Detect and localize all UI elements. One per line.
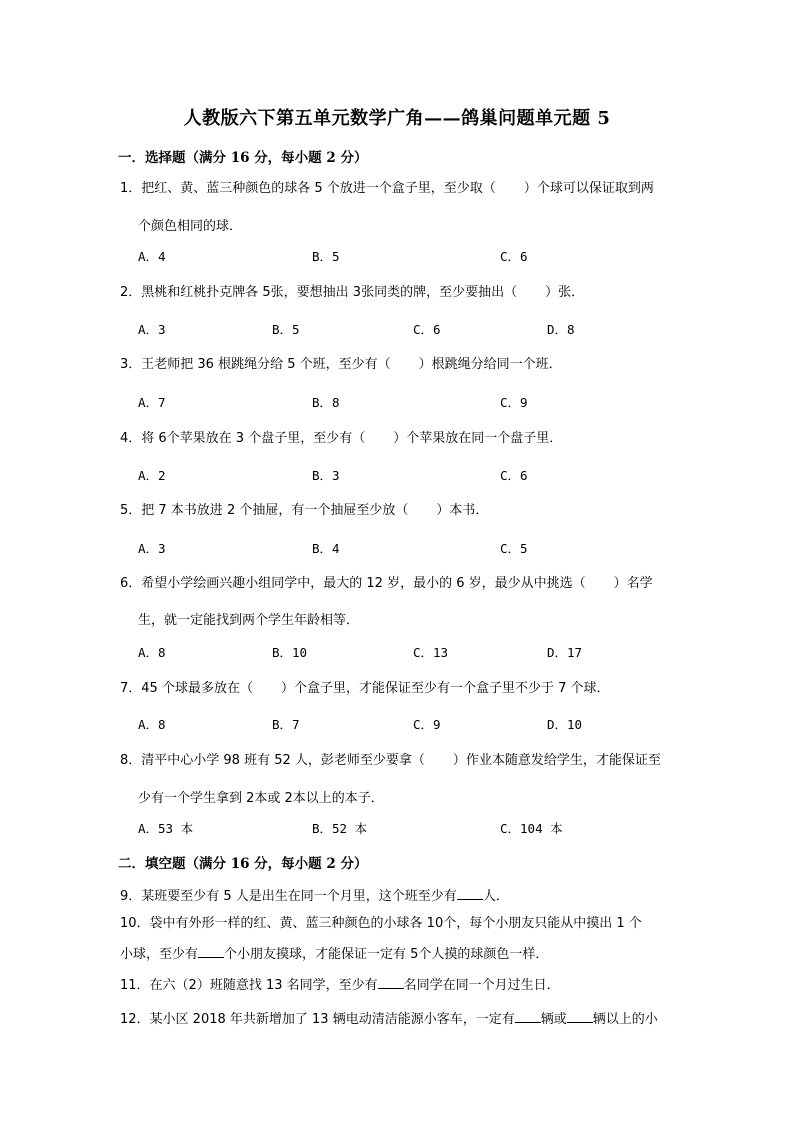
option: B．52 本 [312,820,367,838]
question-text: ）个盒子里，才能保证至少有一个盒子里不少于 7 个球． [281,681,610,696]
question-text: 3．王老师把 36 根跳绳分给 5 个班，至少有（ [120,357,391,372]
question-6-cont: 生，就一定能找到两个学生年龄相等． [138,612,359,630]
option: D．17 [547,644,582,662]
page-title: 人教版六下第五单元数学广角——鸽巢问题单元题 5 [0,104,794,130]
question-text: ）本书． [436,503,488,518]
question-text: 2．黑桃和红桃扑克牌各 5张，要想抽出 3张同类的牌，至少要抽出（ [120,285,517,300]
option: C．9 [413,716,441,734]
answer-blank[interactable] [515,1009,541,1023]
question-text: ）个球可以保证取到两 [524,181,654,196]
option: B．7 [272,716,300,734]
question-text: 6．希望小学绘画兴趣小组同学中，最大的 12 岁，最小的 6 岁，最少从中挑选（ [120,576,586,591]
question-3: 3．王老师把 36 根跳绳分给 5 个班，至少有（）根跳绳分给同一个班． [120,356,562,374]
question-text: 个小朋友摸球，才能保证一定有 5个人摸的球颜色一样． [224,947,548,962]
question-text: 4．将 6个苹果放在 3 个盘子里，至少有（ [120,431,365,446]
question-6: 6．希望小学绘画兴趣小组同学中，最大的 12 岁，最小的 6 岁，最少从中挑选（… [120,575,653,593]
question-8: 8．清平中心小学 98 班有 52 人，彭老师至少要拿（）作业本随意发给学生，才… [120,752,661,770]
option: A．8 [138,716,166,734]
option: A．53 本 [138,820,193,838]
option: D．10 [547,716,582,734]
question-1-cont: 个颜色相同的球． [138,218,242,236]
question-text: 人． [483,889,509,904]
answer-blank[interactable] [457,886,483,900]
question-text: ）个苹果放在同一个盘子里． [393,431,562,446]
question-text: 12．某小区 2018 年共新增加了 13 辆电动清洁能源小客车，一定有 [120,1012,515,1027]
question-4: 4．将 6个苹果放在 3 个盘子里，至少有（）个苹果放在同一个盘子里． [120,430,562,448]
question-9: 9．某班要至少有 5 人是出生在同一个月里，这个班至少有人． [120,886,509,906]
question-10-cont: 小球，至少有个小朋友摸球，才能保证一定有 5个人摸的球颜色一样． [120,944,548,964]
question-text: 7．45 个球最多放在（ [120,681,253,696]
question-text: ）张． [545,285,584,300]
question-1: 1．把红、黄、蓝三种颜色的球各 5 个放进一个盒子里，至少取（）个球可以保证取到… [120,180,654,198]
question-text: 5．把 7 本书放进 2 个抽屉，有一个抽屉至少放（ [120,503,408,518]
option: B．10 [272,644,307,662]
option: C．6 [413,321,441,339]
question-5: 5．把 7 本书放进 2 个抽屉，有一个抽屉至少放（）本书． [120,502,488,520]
option: B．5 [272,321,300,339]
question-text: 8．清平中心小学 98 班有 52 人，彭老师至少要拿（ [120,753,425,768]
option: B．3 [312,467,340,485]
option: C．9 [500,394,528,412]
option: B．8 [312,394,340,412]
question-10: 10．袋中有外形一样的红、黄、蓝三种颜色的小球各 10个，每个小朋友只能从中摸出… [120,915,642,933]
question-12: 12．某小区 2018 年共新增加了 13 辆电动清洁能源小客车，一定有辆或辆以… [120,1009,658,1029]
option: C．6 [500,248,528,266]
question-text: 名同学在同一个月过生日． [404,978,560,993]
question-text: ）作业本随意发给学生，才能保证至 [453,753,661,768]
option: A．3 [138,321,166,339]
question-8-cont: 少有一个学生拿到 2本或 2本以上的本子． [138,790,384,808]
option: C．104 本 [500,820,563,838]
option: A．8 [138,644,166,662]
option: A．2 [138,467,166,485]
question-text: ）根跳绳分给同一个班． [419,357,562,372]
question-2: 2．黑桃和红桃扑克牌各 5张，要想抽出 3张同类的牌，至少要抽出（）张． [120,284,584,302]
answer-blank[interactable] [567,1009,593,1023]
question-7: 7．45 个球最多放在（）个盒子里，才能保证至少有一个盒子里不少于 7 个球． [120,680,610,698]
option: B．4 [312,540,340,558]
section-heading-fill: 二．填空题（满分 16 分，每小题 2 分） [118,852,367,872]
question-text: 辆或 [541,1012,567,1027]
section-heading-choice: 一．选择题（满分 16 分，每小题 2 分） [118,146,367,166]
question-text: 小球，至少有 [120,947,198,962]
option: A．3 [138,540,166,558]
question-text: 辆以上的小 [593,1012,658,1027]
option: C．6 [500,467,528,485]
question-text: ）名学 [614,576,653,591]
answer-blank[interactable] [378,975,404,989]
option: C．5 [500,540,528,558]
answer-blank[interactable] [198,944,224,958]
option: D．8 [547,321,575,339]
question-text: 9．某班要至少有 5 人是出生在同一个月里，这个班至少有 [120,889,457,904]
question-text: 1．把红、黄、蓝三种颜色的球各 5 个放进一个盒子里，至少取（ [120,181,496,196]
question-11: 11．在六（2）班随意找 13 名同学，至少有名同学在同一个月过生日． [120,975,560,995]
option: B．5 [312,248,340,266]
question-text: 11．在六（2）班随意找 13 名同学，至少有 [120,978,378,993]
option: A．4 [138,248,166,266]
option: A．7 [138,394,166,412]
option: C．13 [413,644,448,662]
